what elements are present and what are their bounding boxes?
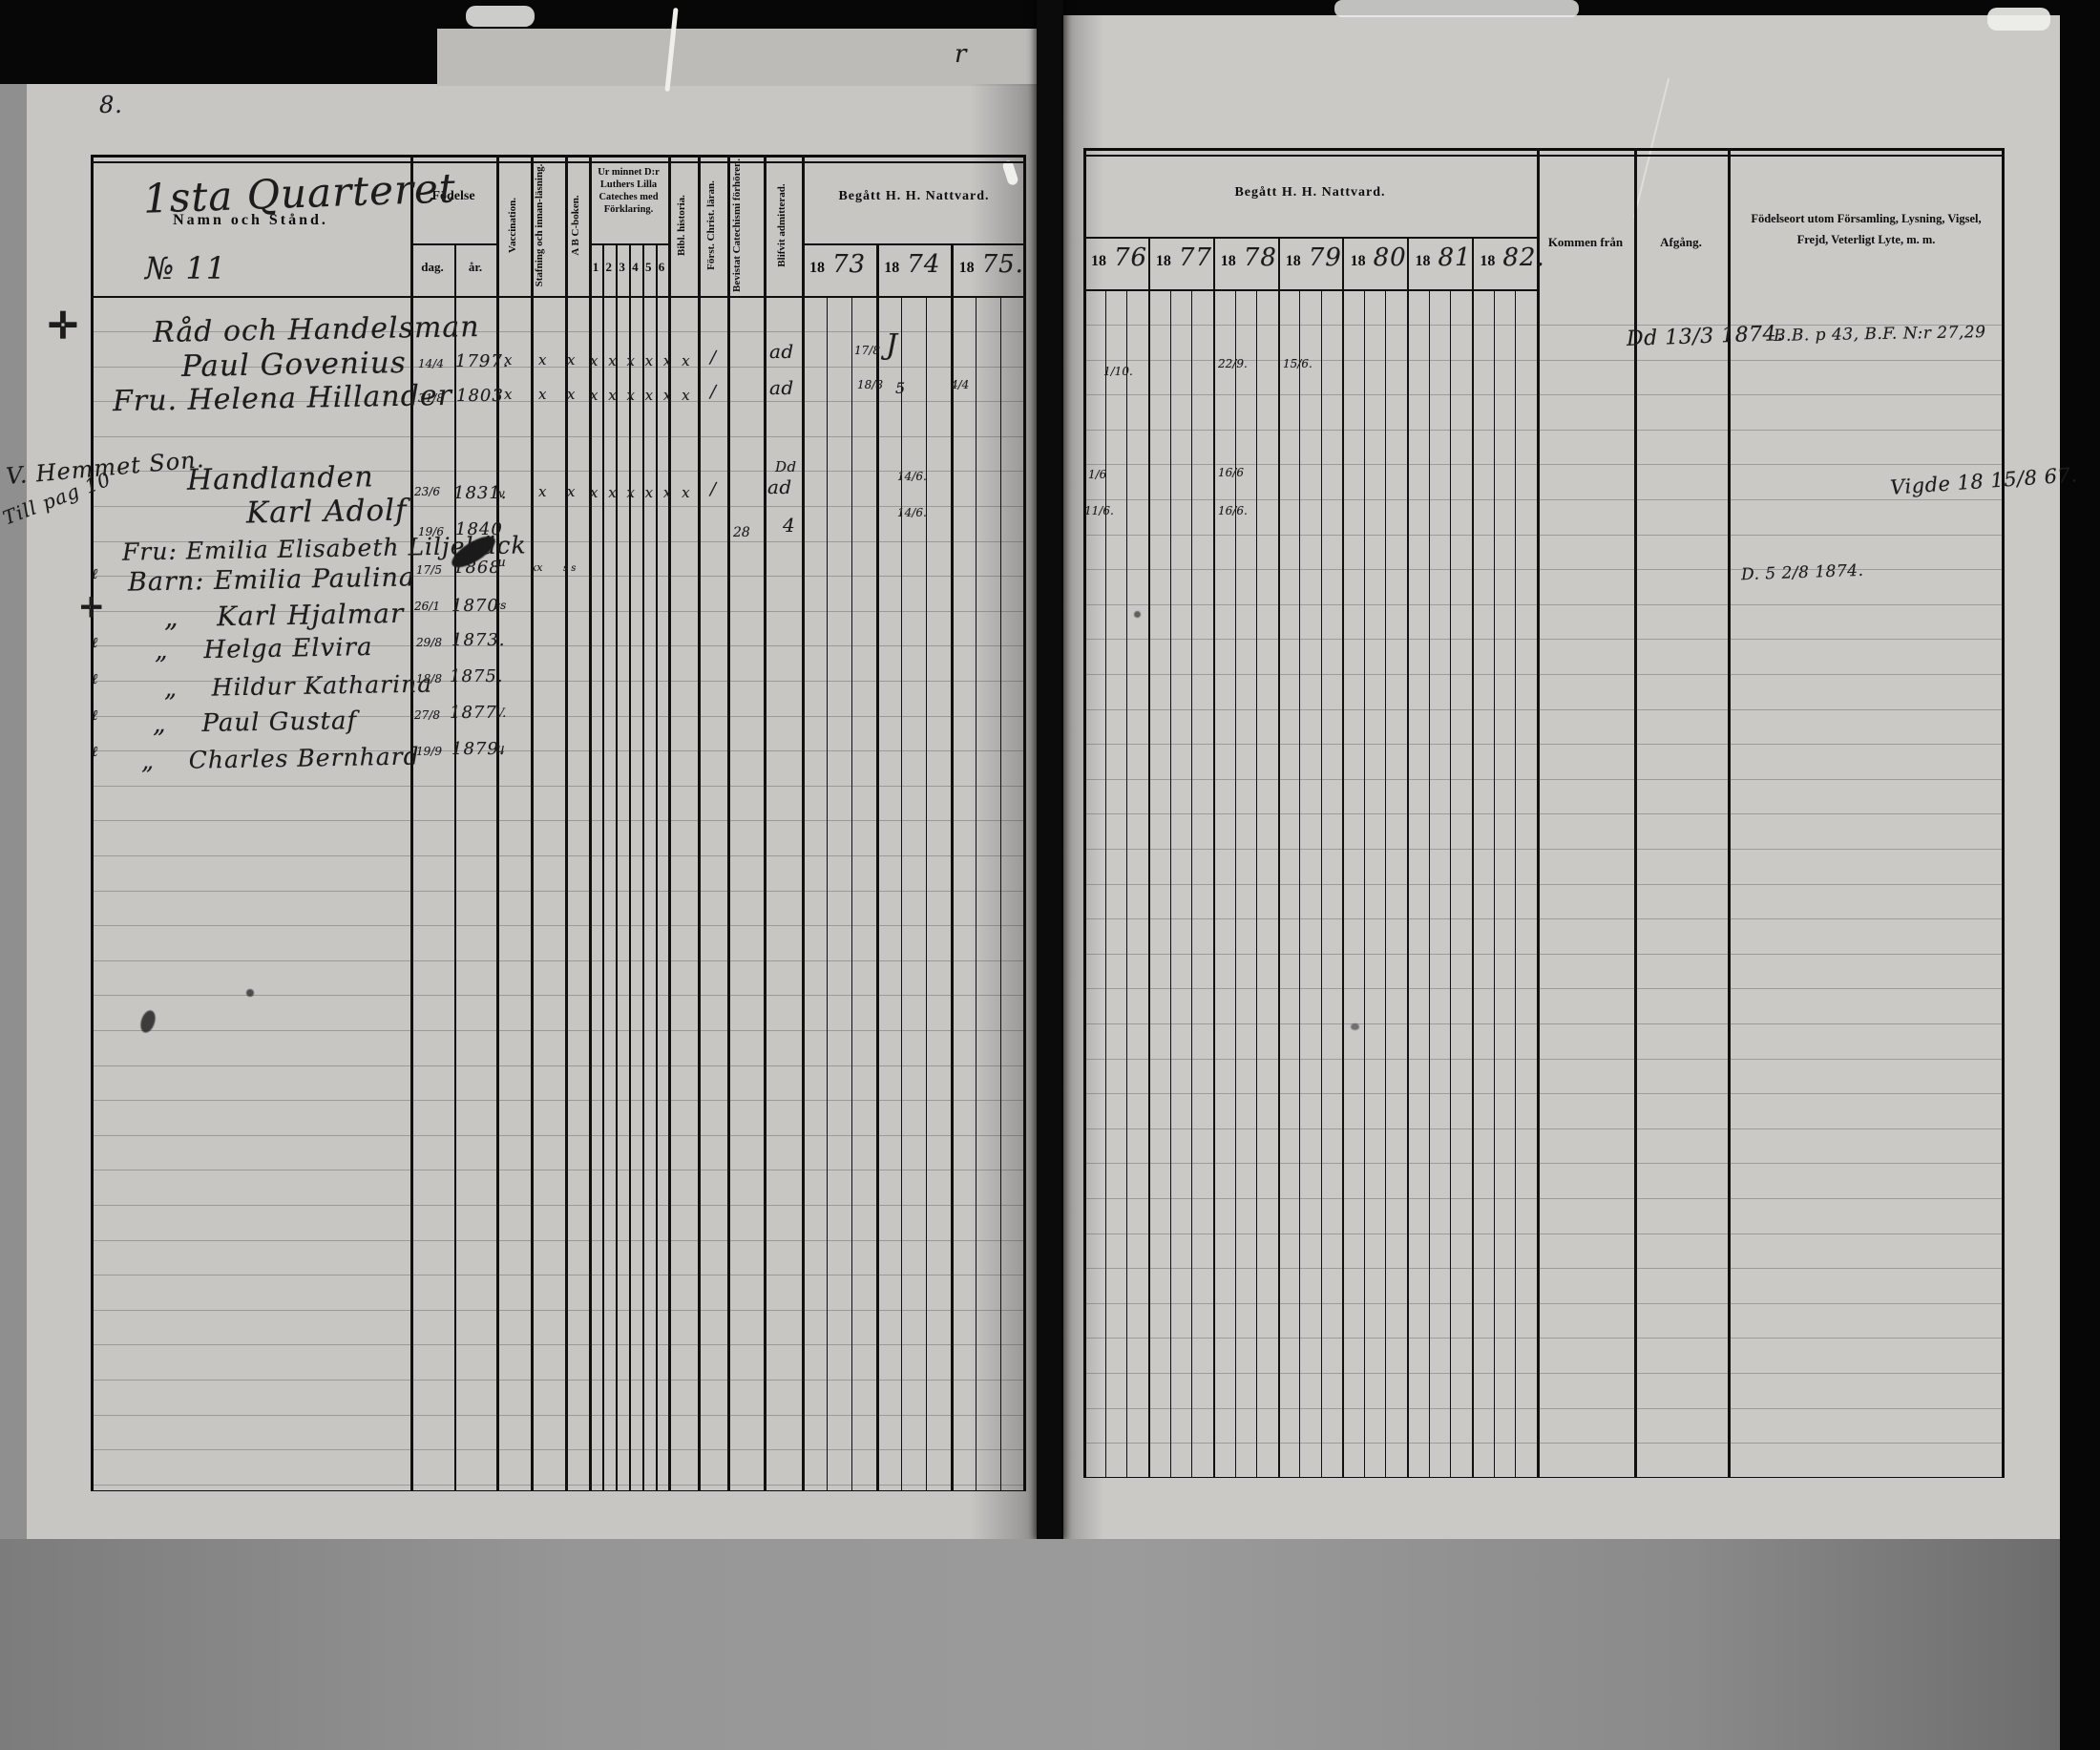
year-cell: 1879	[1278, 240, 1343, 287]
catechism-header: Ur minnet D:r Luthers Lilla Cateches med…	[591, 166, 666, 216]
column-line	[851, 296, 852, 1491]
column-line	[1148, 237, 1150, 1478]
abc-book-header: A B C-boken.	[569, 158, 584, 292]
right-scan-edge	[2060, 0, 2100, 1750]
left-scanner-edge	[0, 84, 27, 1539]
column-line	[410, 155, 413, 1491]
communion-date: 1/6	[1088, 468, 1106, 481]
margin-tick: ℓ	[92, 670, 98, 688]
ruled-line	[1085, 394, 2003, 395]
ruled-line	[1085, 1093, 2003, 1094]
birth-year: 1797.	[455, 351, 510, 371]
birth-day: 29/8	[416, 636, 442, 649]
birth-year: 1870	[451, 596, 499, 616]
bible-history-header: Bibl. historia.	[675, 158, 690, 292]
column-line	[642, 243, 644, 1491]
admitted-mark: ad	[767, 475, 792, 498]
ruled-line	[93, 1205, 1024, 1206]
page-number: 8.	[99, 92, 123, 118]
record-name: Karl Adolf	[246, 494, 408, 531]
ruled-line	[1085, 1373, 2003, 1374]
birth-year: 1873.	[451, 630, 506, 650]
column-line	[764, 155, 766, 1491]
birth-day: 14/4	[418, 357, 444, 370]
cell-mark: ∕	[710, 479, 716, 499]
year-printed-prefix: 18	[1156, 253, 1171, 270]
cell-mark: µ	[497, 556, 505, 570]
check-marks: xx	[531, 561, 542, 574]
year-written-digits: 78	[1244, 243, 1277, 272]
birth-day-header: dag.	[410, 260, 454, 275]
ruled-line	[1085, 1198, 2003, 1199]
check-mark: x	[567, 483, 575, 500]
year-printed-prefix: 18	[1091, 253, 1106, 270]
column-line	[802, 155, 805, 1491]
ruled-line	[1085, 1268, 2003, 1269]
communion-date: 11/6.	[1084, 504, 1114, 517]
communion-date: 16/6	[1218, 466, 1244, 479]
record-status: Råd och Handelsman	[153, 310, 480, 349]
record-name: „ Paul Gustaf	[153, 706, 358, 739]
admitted-header: Blifvit admitterad.	[775, 158, 790, 292]
ruled-line	[1085, 430, 2003, 431]
birth-day: 23/6	[414, 485, 440, 498]
cell-mark: Dd	[775, 458, 797, 475]
record-name: Barn: Emilia Paulina	[128, 562, 416, 597]
communion-date: 4/4	[951, 378, 969, 391]
ruled-line	[93, 995, 1024, 996]
check-mark: x	[538, 386, 546, 403]
cell-mark: ∕	[710, 382, 716, 402]
ruled-line	[1085, 813, 2003, 814]
grade-column-header: 1	[589, 260, 602, 275]
year-written-digits: 76	[1114, 243, 1147, 272]
grade-column-header: 3	[616, 260, 629, 275]
year-written-digits: 77	[1179, 243, 1212, 272]
ruled-line	[93, 1240, 1024, 1241]
year-written-digits: 75.	[982, 250, 1024, 279]
admitted-mark: ad	[769, 340, 794, 363]
ruled-line	[93, 1449, 1024, 1450]
cell-mark: V.	[495, 706, 506, 721]
column-line	[827, 296, 828, 1491]
margin-tick: ℓ	[92, 743, 98, 761]
come-from-header: Kommen från	[1537, 235, 1634, 250]
column-line	[616, 243, 618, 1491]
household-number: № 11	[145, 250, 226, 286]
record-name: „ Charles Bernhard	[141, 742, 420, 774]
ruled-line	[93, 1310, 1024, 1311]
ruled-line	[1085, 779, 2003, 780]
year-printed-prefix: 18	[884, 260, 899, 277]
check-mark: x	[567, 351, 575, 369]
ruled-line	[1085, 988, 2003, 989]
year-printed-prefix: 18	[1416, 253, 1431, 270]
check-mark: x	[504, 386, 512, 403]
year-cell: 1878	[1213, 240, 1278, 287]
year-cell: 1873	[802, 246, 876, 294]
row-line	[1083, 289, 1537, 291]
communion-date: 1/10.	[1103, 365, 1133, 378]
ruled-line	[93, 925, 1024, 926]
cell-mark: ∕	[710, 348, 716, 368]
year-printed-prefix: 18	[1221, 253, 1236, 270]
year-written-digits: 80	[1374, 243, 1407, 272]
record-name: Fru. Helena Hillander	[113, 379, 453, 418]
ruled-line	[93, 1380, 1024, 1381]
ruled-line	[1085, 569, 2003, 570]
column-line	[976, 296, 976, 1491]
ruled-line	[1085, 744, 2003, 745]
year-written-digits: 81	[1438, 243, 1472, 272]
record-note: B.B. p 43, B.F. N:r 27,29	[1774, 323, 1986, 346]
ruled-line	[93, 1065, 1024, 1066]
cell-mark: 28	[733, 525, 750, 540]
birth-day: 26/1	[414, 600, 440, 613]
ink-blot	[246, 989, 254, 997]
year-printed-prefix: 18	[959, 260, 975, 277]
departure-header: Afgång.	[1634, 235, 1728, 250]
birth-day: 19/6	[418, 525, 444, 538]
birth-year: 1868	[453, 558, 501, 578]
year-printed-prefix: 18	[809, 260, 825, 277]
book-spine	[1037, 0, 1063, 1539]
cell-mark: 4	[783, 514, 795, 537]
ruled-line	[1085, 1303, 2003, 1304]
year-written-digits: 79	[1309, 243, 1342, 272]
birth-year-header: år.	[454, 260, 496, 275]
catechism-meetings-header: Bevistat Catechismi förhören.	[730, 154, 761, 297]
ruled-line	[93, 1275, 1024, 1276]
margin-tick: ℓ	[92, 634, 98, 652]
ruled-line	[1085, 884, 2003, 885]
birth-day: 17/5	[416, 563, 442, 577]
ruled-line	[1085, 1338, 2003, 1339]
year-cell: 1880	[1343, 240, 1408, 287]
year-cell: 1875.	[952, 246, 1026, 294]
ruled-line	[1085, 674, 2003, 675]
column-line	[951, 243, 954, 1491]
birth-day: 18/8	[416, 672, 442, 685]
margin-tick: ℓ	[92, 565, 98, 583]
column-line	[531, 155, 534, 1491]
communion-date: 16/6.	[1218, 504, 1248, 517]
ruled-line	[1085, 1443, 2003, 1444]
column-line	[1342, 237, 1344, 1478]
christian-doctrine-header: Först. Christ. läran.	[704, 158, 720, 292]
left-page-top-edge	[437, 29, 1039, 86]
scan-artifact	[1334, 0, 1579, 17]
column-line	[656, 243, 658, 1491]
ruled-line	[93, 855, 1024, 856]
birth-year: 1877	[450, 703, 497, 723]
birth-year: 1840	[455, 519, 503, 539]
birth-year: 1803	[456, 386, 504, 406]
column-line	[629, 243, 631, 1491]
right-table-inner-topline	[1083, 155, 2005, 157]
ruled-line	[1085, 604, 2003, 605]
column-line	[1213, 237, 1215, 1478]
communion-date: 17/8	[854, 344, 880, 357]
ruled-line	[93, 1135, 1024, 1136]
cell-mark: J	[886, 328, 898, 362]
ruled-line	[93, 1415, 1024, 1416]
ruled-line	[93, 506, 1024, 507]
ruled-line	[93, 1170, 1024, 1170]
scan-artifact	[466, 6, 535, 27]
column-line	[454, 243, 456, 1491]
birth-day: 27/8	[414, 708, 440, 722]
cell-mark: µ	[496, 742, 504, 756]
ruled-line	[93, 786, 1024, 787]
margin-tick: ℓ	[92, 706, 98, 725]
ruled-line	[1085, 849, 2003, 850]
ruled-line	[1085, 709, 2003, 710]
ruled-line	[1085, 639, 2003, 640]
ink-blot	[1134, 611, 1141, 618]
year-printed-prefix: 18	[1286, 253, 1301, 270]
column-line	[1407, 237, 1409, 1478]
row-line	[802, 243, 1026, 245]
ruled-line	[1085, 1128, 2003, 1129]
column-line	[1278, 237, 1280, 1478]
check-mark: x	[567, 386, 575, 403]
column-line	[876, 243, 879, 1491]
communion-header-right: Begått H. H. Nattvard.	[1083, 185, 1537, 200]
column-line	[1472, 237, 1474, 1478]
ruled-line	[93, 891, 1024, 892]
row-line	[589, 243, 668, 245]
year-cell: 1874	[876, 246, 951, 294]
record-name: „ Hildur Katharina	[164, 670, 433, 703]
scanned-parish-register: Namn och Stånd. Födelse dag. år. Vaccina…	[0, 0, 2100, 1750]
communion-date: 22/9.	[1218, 357, 1248, 370]
communion-date: 14/6.	[897, 470, 927, 483]
grade-column-header: 6	[655, 260, 668, 275]
communion-date: 15/6.	[1283, 357, 1312, 370]
check-mark: x	[504, 351, 512, 369]
ruled-line	[93, 1100, 1024, 1101]
year-written-digits: 74	[907, 250, 940, 279]
stray-mark: r	[955, 40, 967, 69]
year-written-digits: 73	[832, 250, 866, 279]
communion-header-left: Begått H. H. Nattvard.	[802, 189, 1026, 204]
ruled-line	[93, 1030, 1024, 1031]
year-cell: 1881	[1408, 240, 1473, 287]
ruled-line	[1085, 1023, 2003, 1024]
year-printed-prefix: 18	[1351, 253, 1366, 270]
cell-mark: s s	[563, 563, 576, 574]
row-line	[91, 296, 1026, 298]
reading-header: Stafning och innan-läsning.	[533, 158, 563, 292]
ruled-line	[1085, 1233, 2003, 1234]
grade-column-header: 5	[641, 260, 655, 275]
vaccination-header: Vaccination.	[506, 158, 521, 292]
ruled-line	[1085, 918, 2003, 919]
ruled-line	[1085, 1059, 2003, 1060]
column-line	[602, 243, 604, 1491]
column-line	[727, 155, 730, 1491]
year-cell: 1876	[1083, 240, 1148, 287]
check-marks: x x x x x x	[590, 352, 693, 369]
cell-mark: ss	[494, 599, 506, 612]
column-line	[1000, 296, 1001, 1491]
year-cell: 1882.	[1472, 240, 1537, 287]
ruled-line	[1085, 499, 2003, 500]
row-line	[410, 243, 496, 245]
record-name: „ Karl Hjalmar	[164, 598, 405, 633]
ruled-line	[93, 436, 1024, 437]
ruled-line	[93, 820, 1024, 821]
grade-column-header: 4	[628, 260, 641, 275]
scan-artifact	[1987, 8, 2050, 31]
cell-mark: 5	[895, 379, 906, 397]
record-status: Handlanden	[187, 460, 374, 496]
column-line	[698, 155, 701, 1491]
year-cell: 1877	[1148, 240, 1213, 287]
communion-date: 18/8	[857, 378, 883, 391]
cross-mark: ✛	[48, 304, 78, 347]
ruled-line	[1085, 1408, 2003, 1409]
record-name: Paul Govenius	[181, 346, 407, 384]
ruled-line	[1085, 954, 2003, 955]
year-printed-prefix: 18	[1480, 253, 1495, 270]
birth-day: 19/9	[416, 745, 442, 758]
admitted-mark: ad	[769, 376, 794, 399]
birth-day: 31/8	[418, 391, 444, 405]
birthplace-notes-header: Födelseort utom Församling, Lysning, Vig…	[1735, 208, 1997, 250]
cell-mark: v	[498, 487, 505, 500]
check-mark: x	[538, 351, 546, 369]
ruled-line	[93, 1344, 1024, 1345]
ruled-line	[93, 960, 1024, 961]
birth-year: 1875.	[450, 666, 504, 686]
check-mark: x	[538, 483, 546, 500]
ruled-line	[93, 1485, 1024, 1486]
check-marks: x x x x x x	[590, 387, 693, 404]
row-line	[1083, 237, 1537, 239]
ruled-line	[1085, 535, 2003, 536]
record-name: „ Helga Elvira	[155, 633, 373, 665]
bottom-scanner-band	[0, 1539, 2060, 1750]
check-marks: x x x x x x	[590, 484, 693, 501]
ruled-line	[1085, 1163, 2003, 1164]
grade-column-header: 2	[602, 260, 616, 275]
ink-blot	[1351, 1023, 1359, 1030]
cross-mark: ✛	[80, 592, 102, 623]
communion-date: 14/6.	[897, 506, 927, 519]
